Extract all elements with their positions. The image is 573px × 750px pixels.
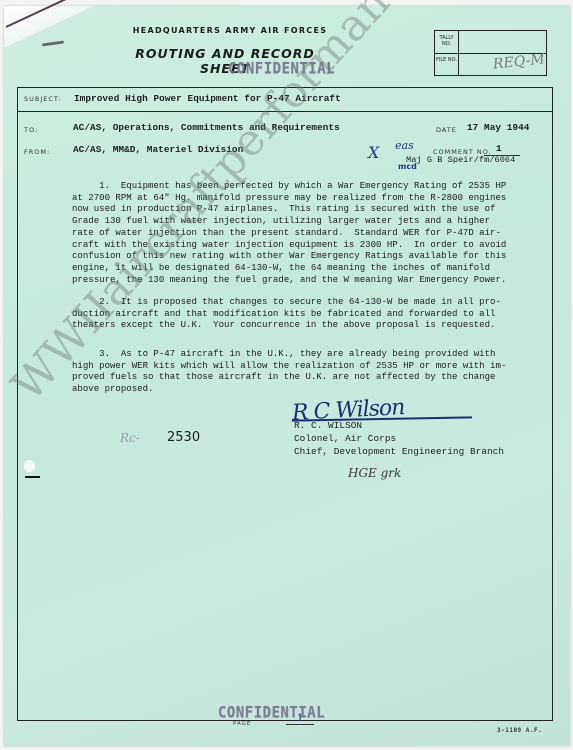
signer-rank: Colonel, Air Corps bbox=[294, 433, 396, 444]
from-value: AC/AS, MM&D, Materiel Division bbox=[73, 144, 243, 155]
form-number: 3-1109 A.F. bbox=[497, 727, 542, 734]
paragraph-line: high power WER kits which will allow the… bbox=[72, 360, 542, 372]
paragraph-line: confusion of this new rating with other … bbox=[72, 250, 542, 262]
tally-label: TALLY NO. bbox=[435, 31, 459, 53]
file-row: FILE NO. REQ-M bbox=[435, 53, 546, 75]
tally-file-box: TALLY NO. FILE NO. REQ-M bbox=[434, 30, 547, 76]
from-label: FROM: bbox=[24, 148, 50, 156]
signer-title: Chief, Development Engineering Branch bbox=[294, 446, 504, 457]
handwritten-initial-eas: eas bbox=[395, 139, 414, 152]
punch-mark bbox=[25, 476, 40, 478]
paragraph-line: engine, it will be designated 64-130-W, … bbox=[72, 262, 542, 274]
paragraph-line: duction aircraft and that modification k… bbox=[72, 308, 542, 320]
subject-label: SUBJECT: bbox=[24, 95, 61, 103]
page-label: PAGE bbox=[233, 721, 251, 727]
paragraph-2: 2. It is proposed that changes to secure… bbox=[72, 296, 542, 331]
page-number: 1 bbox=[286, 713, 314, 725]
date-label: DATE bbox=[436, 126, 457, 134]
file-value: REQ-M bbox=[492, 51, 545, 72]
paragraph-line: craft with the existing water injection … bbox=[72, 239, 542, 251]
paragraph-line: 1. Equipment has been perfected by which… bbox=[72, 180, 542, 192]
subject-value: Improved High Power Equipment for P-47 A… bbox=[74, 93, 341, 104]
paragraph-line: theaters except the U.K. Your concurrenc… bbox=[72, 319, 542, 331]
handwritten-initial-x: X bbox=[368, 143, 379, 162]
date-value: 17 May 1944 bbox=[467, 122, 529, 133]
paragraph-line: proved fuels so that those aircraft in t… bbox=[72, 371, 542, 383]
paragraph-line: 3. As to P-47 aircraft in the U.K., they… bbox=[72, 348, 542, 360]
paragraph-line: now used in production P-47 airplanes. T… bbox=[72, 203, 542, 215]
paragraph-1: 1. Equipment has been perfected by which… bbox=[72, 180, 542, 285]
confidential-stamp-top: CONFIDENTIAL bbox=[228, 60, 335, 78]
folded-corner bbox=[4, 6, 94, 56]
subject-row: SUBJECT: Improved High Power Equipment f… bbox=[18, 88, 552, 112]
punch-hole bbox=[24, 460, 35, 472]
paragraph-line: at 2700 RPM at 64" Hg. manifold pressure… bbox=[72, 192, 542, 204]
organization-heading: HEADQUARTERS ARMY AIR FORCES bbox=[125, 26, 335, 35]
stamped-number: 2530 bbox=[167, 430, 200, 445]
handwritten-initials-hge: HGE grk bbox=[348, 466, 401, 480]
paragraph-line: rate of water injection than the present… bbox=[72, 227, 542, 239]
to-label: TO: bbox=[24, 126, 38, 134]
paragraph-line: Grade 130 fuel with water injection, uti… bbox=[72, 215, 542, 227]
originator-line: Maj G B Speir/fm/6064 bbox=[406, 155, 515, 165]
to-value: AC/AS, Operations, Commitments and Requi… bbox=[73, 122, 340, 133]
comment-value: 1 bbox=[496, 143, 502, 154]
handwritten-initial-mcd: mcd bbox=[398, 162, 417, 171]
paragraph-3: 3. As to P-47 aircraft in the U.K., they… bbox=[72, 348, 542, 395]
paragraph-line: above proposed. bbox=[72, 383, 542, 395]
pencil-note: Rc- bbox=[120, 431, 140, 445]
signer-name: R. C. WILSON bbox=[294, 420, 362, 431]
paragraph-line: 2. It is proposed that changes to secure… bbox=[72, 296, 542, 308]
paragraph-line: pressure, the 130 meaning the fuel grade… bbox=[72, 274, 542, 286]
tally-row: TALLY NO. bbox=[435, 31, 546, 54]
file-label: FILE NO. bbox=[435, 53, 459, 75]
